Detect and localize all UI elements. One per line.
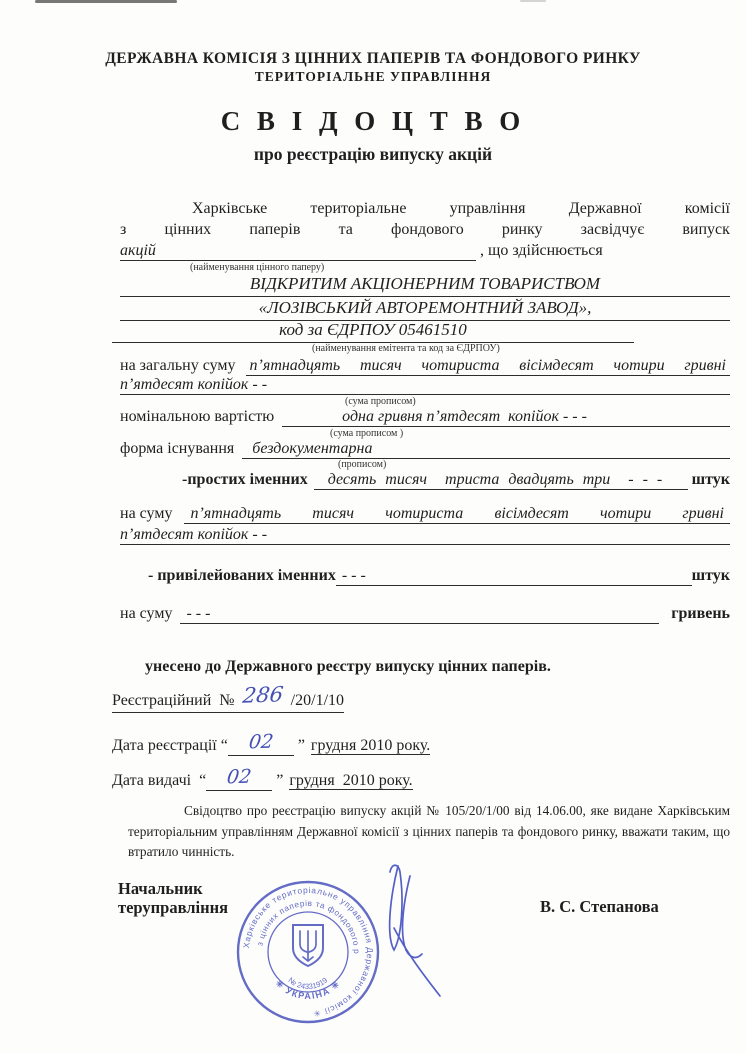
nominal-blank: одна гривня п’ятдесят копійок - - - xyxy=(282,408,730,427)
signatory-position-line-1: Начальник xyxy=(118,879,228,898)
signatory-position-line-2: теруправління xyxy=(118,898,228,917)
org-division: ТЕРИТОРІАЛЬНЕ УПРАВЛІННЯ xyxy=(0,69,746,85)
scan-artifact-mark xyxy=(520,0,546,2)
word: чотири xyxy=(613,357,664,375)
issuer-line-2: «ЛОЗІВСЬКИЙ АВТОРЕМОНТНИЙ ЗАВОД», xyxy=(120,298,730,321)
word: цінних xyxy=(164,221,211,239)
form-value: бездокументарна xyxy=(242,440,372,457)
word: та xyxy=(339,221,353,239)
ordinary-sum-row: на суму п’ятнадцятьтисяччотириставісімде… xyxy=(120,505,730,524)
privileged-sum-unit: гривень xyxy=(671,605,730,623)
word: п’ятнадцять xyxy=(190,505,281,523)
issue-date-closequote: ” xyxy=(276,772,283,789)
registration-date-blank: 02 xyxy=(228,733,294,756)
ordinary-label: -простих іменних xyxy=(182,471,308,489)
ordinary-row: -простих іменних десять тисяч триста два… xyxy=(182,471,730,490)
privileged-row: - привілейованих іменних - - - штук xyxy=(148,567,730,586)
ordinary-sum-row-2: п’ятдесят копійок - - xyxy=(120,526,730,545)
ordinary-value: десять тисяч триста двадцять три - - - xyxy=(314,471,663,488)
privileged-label: - привілейованих іменних xyxy=(148,567,336,585)
caption-form: (прописом) xyxy=(338,459,386,470)
nominal-value: одна гривня п’ятдесят копійок - - - xyxy=(282,408,587,425)
word: засвідчує xyxy=(581,221,645,239)
document-title: С В І Д О Ц Т В О xyxy=(0,106,746,137)
ordinary-sum-value-2: п’ятдесят копійок - - xyxy=(120,526,267,543)
privileged-unit: штук xyxy=(692,567,730,585)
registration-number-handwritten: 286 xyxy=(241,682,284,707)
issue-date-blank: 02 xyxy=(206,768,272,791)
privileged-sum-label: на суму xyxy=(120,605,172,623)
total-sum-row-2: п’ятдесят копійок - - xyxy=(120,376,730,395)
word: Харківське xyxy=(192,200,267,218)
privileged-sum-value: - - - xyxy=(180,605,210,622)
issuer-line-1: ВІДКРИТИМ АКЦІОНЕРНИМ ТОВАРИСТВОМ xyxy=(120,274,730,297)
org-name: ДЕРЖАВНА КОМІСІЯ З ЦІННИХ ПАПЕРІВ ТА ФОН… xyxy=(0,50,746,68)
invalidation-note: Свідоцтво про реєстрацію випуску акцій №… xyxy=(128,801,730,863)
privileged-sum-row: на суму - - - гривень xyxy=(120,605,730,624)
certificate-page: ДЕРЖАВНА КОМІСІЯ З ЦІННИХ ПАПЕРІВ ТА ФОН… xyxy=(0,0,746,1053)
handwritten-signature xyxy=(352,858,462,1008)
caption-issuer: (найменування емітента та код за ЄДРПОУ) xyxy=(312,343,500,354)
form-blank: бездокументарна xyxy=(242,440,730,459)
word: з xyxy=(120,221,126,239)
registration-date-suffix: грудня 2010 року. xyxy=(311,737,430,755)
registration-date-label: Дата реєстрації “ xyxy=(112,737,228,754)
scan-artifact-line xyxy=(35,0,177,3)
word: гривні xyxy=(684,357,726,375)
total-sum-blank-2: п’ятдесят копійок - - xyxy=(120,376,730,395)
word: фондового xyxy=(391,221,464,239)
security-name-blank: акцій xyxy=(120,242,476,261)
word: ринку xyxy=(502,221,543,239)
registration-number-suffix: /20/1/10 xyxy=(291,692,344,709)
intro-line-2: зціннихпаперівтафондовогоринкузасвідчуєв… xyxy=(120,221,730,239)
issue-date-handwritten: 02 xyxy=(226,766,253,789)
total-sum-value-1: п’ятнадцятьтисяччотириставісімдесятчотир… xyxy=(246,357,730,376)
ordinary-sum-blank-2: п’ятдесят копійок - - xyxy=(120,526,730,545)
word: паперів xyxy=(249,221,300,239)
issue-date-line: Дата видачі “02”грудня 2010 року. xyxy=(112,768,413,791)
total-sum-row: на загальну суму п’ятнадцятьтисяччотирис… xyxy=(120,357,730,376)
registration-number-line: Реєстраційний №286/20/1/10 xyxy=(112,686,344,713)
privileged-blank: - - - xyxy=(336,567,692,586)
nominal-row: номінальною вартістю одна гривня п’ятдес… xyxy=(120,408,730,427)
form-row: форма існування бездокументарна xyxy=(120,440,730,459)
ordinary-blank: десять тисяч триста двадцять три - - - xyxy=(314,471,688,490)
signatory-position: Начальник теруправління xyxy=(118,879,228,917)
word: вісімдесят xyxy=(494,505,568,523)
word: чотири xyxy=(600,505,651,523)
security-name-value: акцій xyxy=(120,242,156,259)
registration-date-closequote: ” xyxy=(298,737,305,754)
document-subtitle: про реєстрацію випуску акцій xyxy=(0,144,746,165)
registration-date-handwritten: 02 xyxy=(247,731,274,754)
word: управління xyxy=(450,200,526,218)
word: тисяч xyxy=(360,357,402,375)
intro-line-1: ХарківськетериторіальнеуправлінняДержавн… xyxy=(192,200,730,218)
total-sum-value-2: п’ятдесят копійок - - xyxy=(120,376,267,393)
word: тисяч xyxy=(312,505,354,523)
word: вісімдесят xyxy=(519,357,593,375)
registry-entered-text: унесено до Державного реєстру випуску ці… xyxy=(145,658,551,676)
caption-total-sum: (сума прописом) xyxy=(345,396,416,407)
word: п’ятнадцять xyxy=(250,357,341,375)
caption-nominal: (сума прописом ) xyxy=(330,428,403,439)
intro-suffix: , що здійснюється xyxy=(480,242,603,260)
word: комісії xyxy=(685,200,730,218)
form-label: форма існування xyxy=(120,440,234,458)
registration-date-line: Дата реєстрації “02”грудня 2010 року. xyxy=(112,733,430,756)
ordinary-sum-value-1: п’ятнадцятьтисяччотириставісімдесятчотир… xyxy=(184,505,730,524)
privileged-sum-blank: - - - xyxy=(180,605,659,624)
caption-security-name: (найменування цінного паперу) xyxy=(190,262,324,273)
total-sum-label: на загальну суму xyxy=(120,357,236,375)
ordinary-unit: штук xyxy=(692,471,730,489)
issue-date-label: Дата видачі “ xyxy=(112,772,206,789)
word: територіальне xyxy=(310,200,406,218)
nominal-label: номінальною вартістю xyxy=(120,408,274,426)
privileged-value: - - - xyxy=(336,567,366,584)
registration-number-label: Реєстраційний № xyxy=(112,692,235,709)
issuer-edrpou: код за ЄДРПОУ 05461510 xyxy=(112,320,634,343)
word: чотириста xyxy=(421,357,499,375)
word: Державної xyxy=(569,200,642,218)
word: випуск xyxy=(682,221,730,239)
word: чотириста xyxy=(385,505,463,523)
issue-date-suffix: грудня 2010 року. xyxy=(289,772,412,790)
ordinary-sum-label: на суму xyxy=(120,505,172,523)
trident-emblem-icon xyxy=(293,925,323,966)
word: гривні xyxy=(682,505,724,523)
security-name-row: акцій , що здійснюється xyxy=(120,242,730,261)
signatory-name: В. С. Степанова xyxy=(540,897,659,917)
